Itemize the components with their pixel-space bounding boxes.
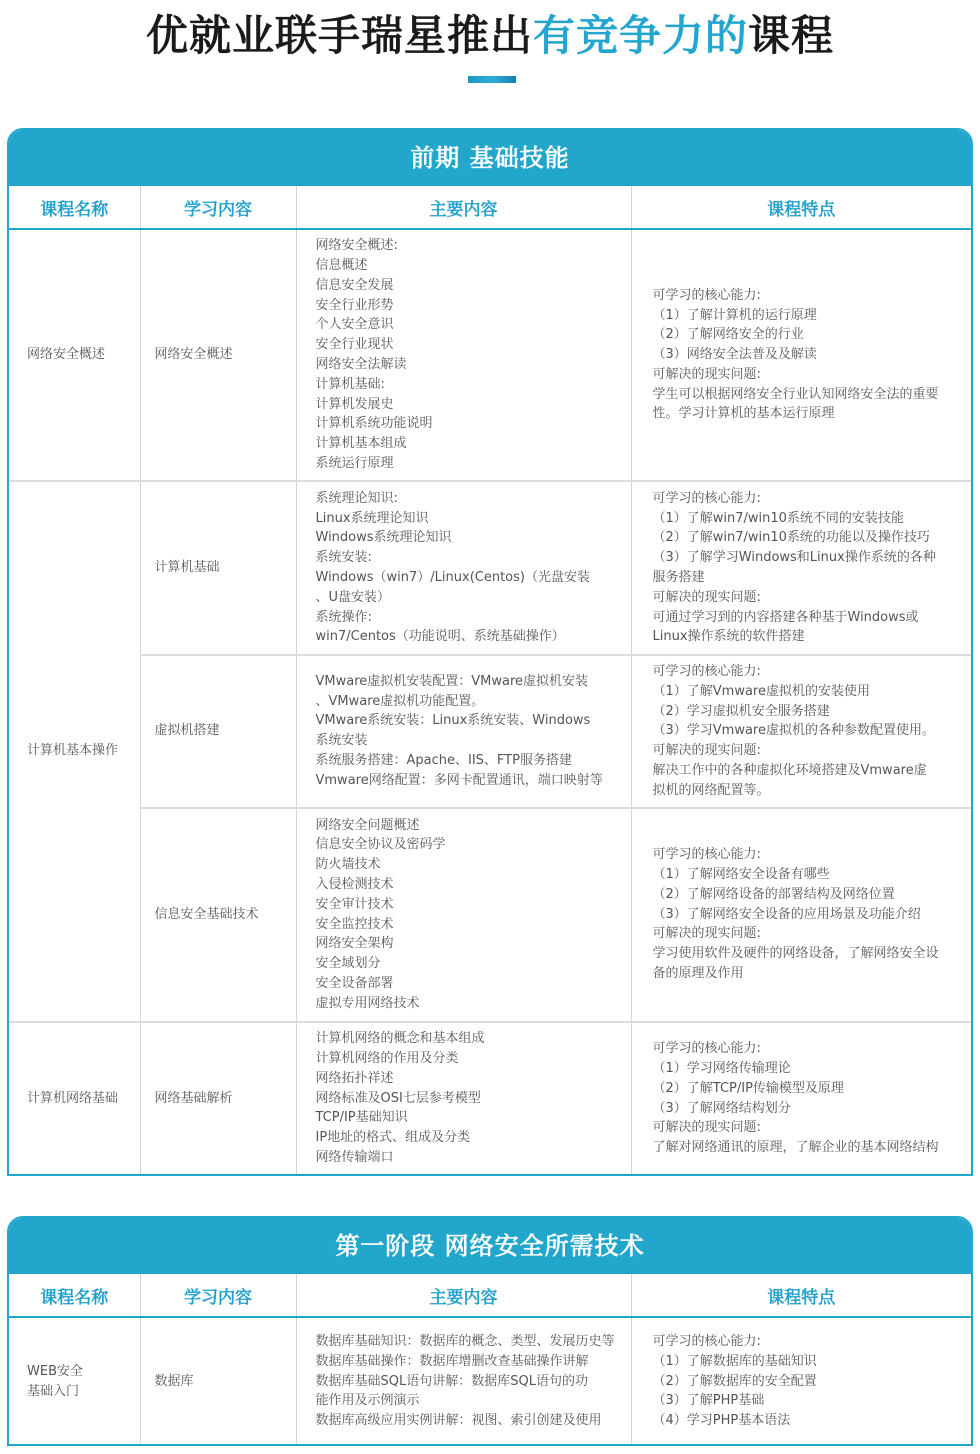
course-features: 可学习的核心能力: （1）了解Vmware虚拟机的安装使用 （2）学习虚拟机安全…: [631, 655, 971, 808]
course-features: 可学习的核心能力: （1）了解数据库的基础知识 （2）了解数据库的安全配置 （3…: [631, 1317, 971, 1445]
content-line: VMware虚拟机安装配置：VMware虚拟机安装: [316, 672, 621, 692]
section-title: 第一阶段 网络安全所需技术: [9, 1218, 971, 1274]
content-line: 网络安全概述:: [316, 236, 621, 256]
title-part2: 课程: [748, 11, 834, 60]
content-line: Windows系统理论知识: [316, 528, 621, 548]
feature-line: 可解决的现实问题:: [653, 1118, 962, 1138]
feature-line: （2）了解TCP/IP传输模型及原理: [653, 1079, 962, 1099]
feature-line: （4）学习PHP基本语法: [653, 1411, 962, 1431]
table-row: 计算机网络基础 网络基础解析 计算机网络的概念和基本组成 计算机网络的作用及分类…: [9, 1022, 971, 1175]
course-table: 课程名称 学习内容 主要内容 课程特点 WEB安全 基础入门 数据库 数据库基础…: [9, 1274, 971, 1445]
feature-line: （3）了解学习Windows和Linux操作系统的各种: [653, 548, 962, 568]
feature-line: （3）学习Vmware虚拟机的各种参数配置使用。: [653, 721, 962, 741]
study-topic: 网络安全概述: [140, 229, 296, 481]
feature-line: （2）了解数据库的安全配置: [653, 1372, 962, 1392]
content-line: 安全设备部署: [316, 974, 621, 994]
study-topic: 数据库: [140, 1317, 296, 1445]
content-line: 能作用及示例演示: [316, 1391, 621, 1411]
main-content: 系统理论知识: Linux系统理论知识 Windows系统理论知识 系统安装: …: [296, 481, 631, 655]
feature-line: 可学习的核心能力:: [653, 489, 962, 509]
content-line: 计算机基础:: [316, 375, 621, 395]
content-line: 安全监控技术: [316, 915, 621, 935]
feature-line: 可解决的现实问题:: [653, 741, 962, 761]
feature-line: Linux操作系统的软件搭建: [653, 627, 962, 647]
content-line: 、VMware虚拟机功能配置。: [316, 692, 621, 712]
table-row: WEB安全 基础入门 数据库 数据库基础知识：数据库的概念、类型、发展历史等 数…: [9, 1317, 971, 1445]
course-features: 可学习的核心能力: （1）学习网络传输理论 （2）了解TCP/IP传输模型及原理…: [631, 1022, 971, 1175]
content-line: 网络拓扑祥述: [316, 1069, 621, 1089]
content-line: 安全行业现状: [316, 335, 621, 355]
content-line: 网络安全架构: [316, 934, 621, 954]
col-main-content: 主要内容: [296, 1274, 631, 1317]
content-line: 信息概述: [316, 256, 621, 276]
feature-line: （1）学习网络传输理论: [653, 1059, 962, 1079]
main-content: 网络安全概述: 信息概述 信息安全发展 安全行业形势 个人安全意识 安全行业现状…: [296, 229, 631, 481]
feature-line: 学生可以根据网络安全行业认知网络安全法的重要: [653, 385, 962, 405]
feature-line: 可学习的核心能力:: [653, 1332, 962, 1352]
content-line: 网络安全问题概述: [316, 816, 621, 836]
main-content: 计算机网络的概念和基本组成 计算机网络的作用及分类 网络拓扑祥述 网络标准及OS…: [296, 1022, 631, 1175]
col-study-content: 学习内容: [140, 186, 296, 229]
col-main-content: 主要内容: [296, 186, 631, 229]
content-line: 信息安全发展: [316, 276, 621, 296]
feature-line: （3）网络安全法普及及解读: [653, 345, 962, 365]
study-topic: 信息安全基础技术: [140, 808, 296, 1022]
feature-line: （2）学习虚拟机安全服务搭建: [653, 702, 962, 722]
feature-line: （2）了解网络设备的部署结构及网络位置: [653, 885, 962, 905]
col-study-content: 学习内容: [140, 1274, 296, 1317]
content-line: 系统服务搭建：Apache、IIS、FTP服务搭建: [316, 751, 621, 771]
feature-line: 可通过学习到的内容搭建各种基于Windows或: [653, 608, 962, 628]
content-line: 计算机基本组成: [316, 434, 621, 454]
content-line: 系统理论知识:: [316, 489, 621, 509]
course-name: 计算机基本操作: [9, 481, 140, 1022]
content-line: 数据库基础SQL语句讲解：数据库SQL语句的功: [316, 1372, 621, 1392]
content-line: 安全审计技术: [316, 895, 621, 915]
content-line: 计算机网络的概念和基本组成: [316, 1029, 621, 1049]
feature-line: （3）了解网络安全设备的应用场景及功能介绍: [653, 905, 962, 925]
feature-line: （2）了解网络安全的行业: [653, 325, 962, 345]
study-topic: 虚拟机搭建: [140, 655, 296, 808]
content-line: IP地址的格式、组成及分类: [316, 1128, 621, 1148]
section-basic-skills: 前期 基础技能 课程名称 学习内容 主要内容 课程特点 网络安全概述 网络安全概…: [7, 128, 973, 1176]
study-topic: 计算机基础: [140, 481, 296, 655]
content-line: 网络标准及OSI七层参考模型: [316, 1089, 621, 1109]
table-header-row: 课程名称 学习内容 主要内容 课程特点: [9, 186, 971, 229]
content-line: win7/Centos（功能说明、系统基础操作）: [316, 627, 621, 647]
feature-line: 可学习的核心能力:: [653, 662, 962, 682]
content-line: 数据库基础知识：数据库的概念、类型、发展历史等: [316, 1332, 621, 1352]
feature-line: 服务搭建: [653, 568, 962, 588]
content-line: Windows（win7）/Linux(Centos)（光盘安装: [316, 568, 621, 588]
course-name: WEB安全 基础入门: [9, 1317, 140, 1445]
feature-line: （3）了解网络结构划分: [653, 1099, 962, 1119]
content-line: Linux系统理论知识: [316, 509, 621, 529]
feature-line: 可学习的核心能力:: [653, 1039, 962, 1059]
course-name: 网络安全概述: [9, 229, 140, 481]
content-line: 入侵检测技术: [316, 875, 621, 895]
table-row: 虚拟机搭建 VMware虚拟机安装配置：VMware虚拟机安装 、VMware虚…: [9, 655, 971, 808]
feature-line: （1）了解Vmware虚拟机的安装使用: [653, 682, 962, 702]
content-line: TCP/IP基础知识: [316, 1108, 621, 1128]
content-line: 计算机发展史: [316, 395, 621, 415]
course-name-line: 基础入门: [27, 1382, 139, 1402]
course-name: 计算机网络基础: [9, 1022, 140, 1175]
section-title: 前期 基础技能: [9, 130, 971, 186]
feature-line: （2）了解win7/win10系统的功能以及操作技巧: [653, 528, 962, 548]
feature-line: （1）了解数据库的基础知识: [653, 1352, 962, 1372]
main-content: VMware虚拟机安装配置：VMware虚拟机安装 、VMware虚拟机功能配置…: [296, 655, 631, 808]
content-line: 系统安装:: [316, 548, 621, 568]
col-course-name: 课程名称: [9, 186, 140, 229]
content-line: 个人安全意识: [316, 315, 621, 335]
content-line: 信息安全协议及密码学: [316, 835, 621, 855]
feature-line: 性。学习计算机的基本运行原理: [653, 404, 962, 424]
main-content: 数据库基础知识：数据库的概念、类型、发展历史等 数据库基础操作：数据库增删改查基…: [296, 1317, 631, 1445]
feature-line: 可解决的现实问题:: [653, 588, 962, 608]
feature-line: （1）了解网络安全设备有哪些: [653, 865, 962, 885]
table-row: 计算机基本操作 计算机基础 系统理论知识: Linux系统理论知识 Window…: [9, 481, 971, 655]
table-header-row: 课程名称 学习内容 主要内容 课程特点: [9, 1274, 971, 1317]
col-features: 课程特点: [631, 186, 971, 229]
feature-line: 学习使用软件及硬件的网络设备，了解网络安全设: [653, 944, 962, 964]
feature-line: 解决工作中的各种虚拟化环境搭建及Vmware虚: [653, 761, 962, 781]
content-line: 数据库基础操作：数据库增删改查基础操作讲解: [316, 1352, 621, 1372]
content-line: 系统安装: [316, 731, 621, 751]
content-line: 安全行业形势: [316, 296, 621, 316]
feature-line: 备的原理及作用: [653, 964, 962, 984]
feature-line: 可学习的核心能力:: [653, 286, 962, 306]
content-line: 虚拟专用网络技术: [316, 994, 621, 1014]
feature-line: （1）了解计算机的运行原理: [653, 306, 962, 326]
feature-line: 拟机的网络配置等。: [653, 781, 962, 801]
feature-line: 可学习的核心能力:: [653, 845, 962, 865]
feature-line: （3）了解PHP基础: [653, 1391, 962, 1411]
table-row: 信息安全基础技术 网络安全问题概述 信息安全协议及密码学 防火墙技术 入侵检测技…: [9, 808, 971, 1022]
main-content: 网络安全问题概述 信息安全协议及密码学 防火墙技术 入侵检测技术 安全审计技术 …: [296, 808, 631, 1022]
feature-line: （1）了解win7/win10系统不同的安装技能: [653, 509, 962, 529]
table-row: 网络安全概述 网络安全概述 网络安全概述: 信息概述 信息安全发展 安全行业形势…: [9, 229, 971, 481]
study-topic: 网络基础解析: [140, 1022, 296, 1175]
title-highlight: 有竞争力的: [533, 11, 748, 60]
feature-line: 可解决的现实问题:: [653, 924, 962, 944]
course-features: 可学习的核心能力: （1）了解网络安全设备有哪些 （2）了解网络设备的部署结构及…: [631, 808, 971, 1022]
content-line: 计算机系统功能说明: [316, 414, 621, 434]
page-title: 优就业联手瑞星推出有竞争力的课程: [0, 8, 980, 64]
course-features: 可学习的核心能力: （1）了解计算机的运行原理 （2）了解网络安全的行业 （3）…: [631, 229, 971, 481]
course-features: 可学习的核心能力: （1）了解win7/win10系统不同的安装技能 （2）了解…: [631, 481, 971, 655]
title-part1: 优就业联手瑞星推出: [146, 11, 533, 60]
content-line: 网络安全法解读: [316, 355, 621, 375]
title-underline-bar: [468, 76, 516, 83]
content-line: 数据库高级应用实例讲解：视图、索引创建及使用: [316, 1411, 621, 1431]
col-features: 课程特点: [631, 1274, 971, 1317]
content-line: 计算机网络的作用及分类: [316, 1049, 621, 1069]
content-line: 网络传输端口: [316, 1148, 621, 1168]
content-line: 、U盘安装）: [316, 588, 621, 608]
content-line: VMware系统安装：Linux系统安装、Windows: [316, 711, 621, 731]
content-line: 防火墙技术: [316, 855, 621, 875]
col-course-name: 课程名称: [9, 1274, 140, 1317]
course-name-line: WEB安全: [27, 1362, 139, 1382]
course-table: 课程名称 学习内容 主要内容 课程特点 网络安全概述 网络安全概述 网络安全概述…: [9, 186, 971, 1175]
feature-line: 了解对网络通讯的原理，了解企业的基本网络结构: [653, 1138, 962, 1158]
content-line: 安全域划分: [316, 954, 621, 974]
content-line: 系统运行原理: [316, 454, 621, 474]
content-line: 系统操作:: [316, 608, 621, 628]
content-line: Vmware网络配置：多网卡配置通讯，端口映射等: [316, 771, 621, 791]
section-stage-one: 第一阶段 网络安全所需技术 课程名称 学习内容 主要内容 课程特点 WEB安全 …: [7, 1216, 973, 1446]
feature-line: 可解决的现实问题:: [653, 365, 962, 385]
